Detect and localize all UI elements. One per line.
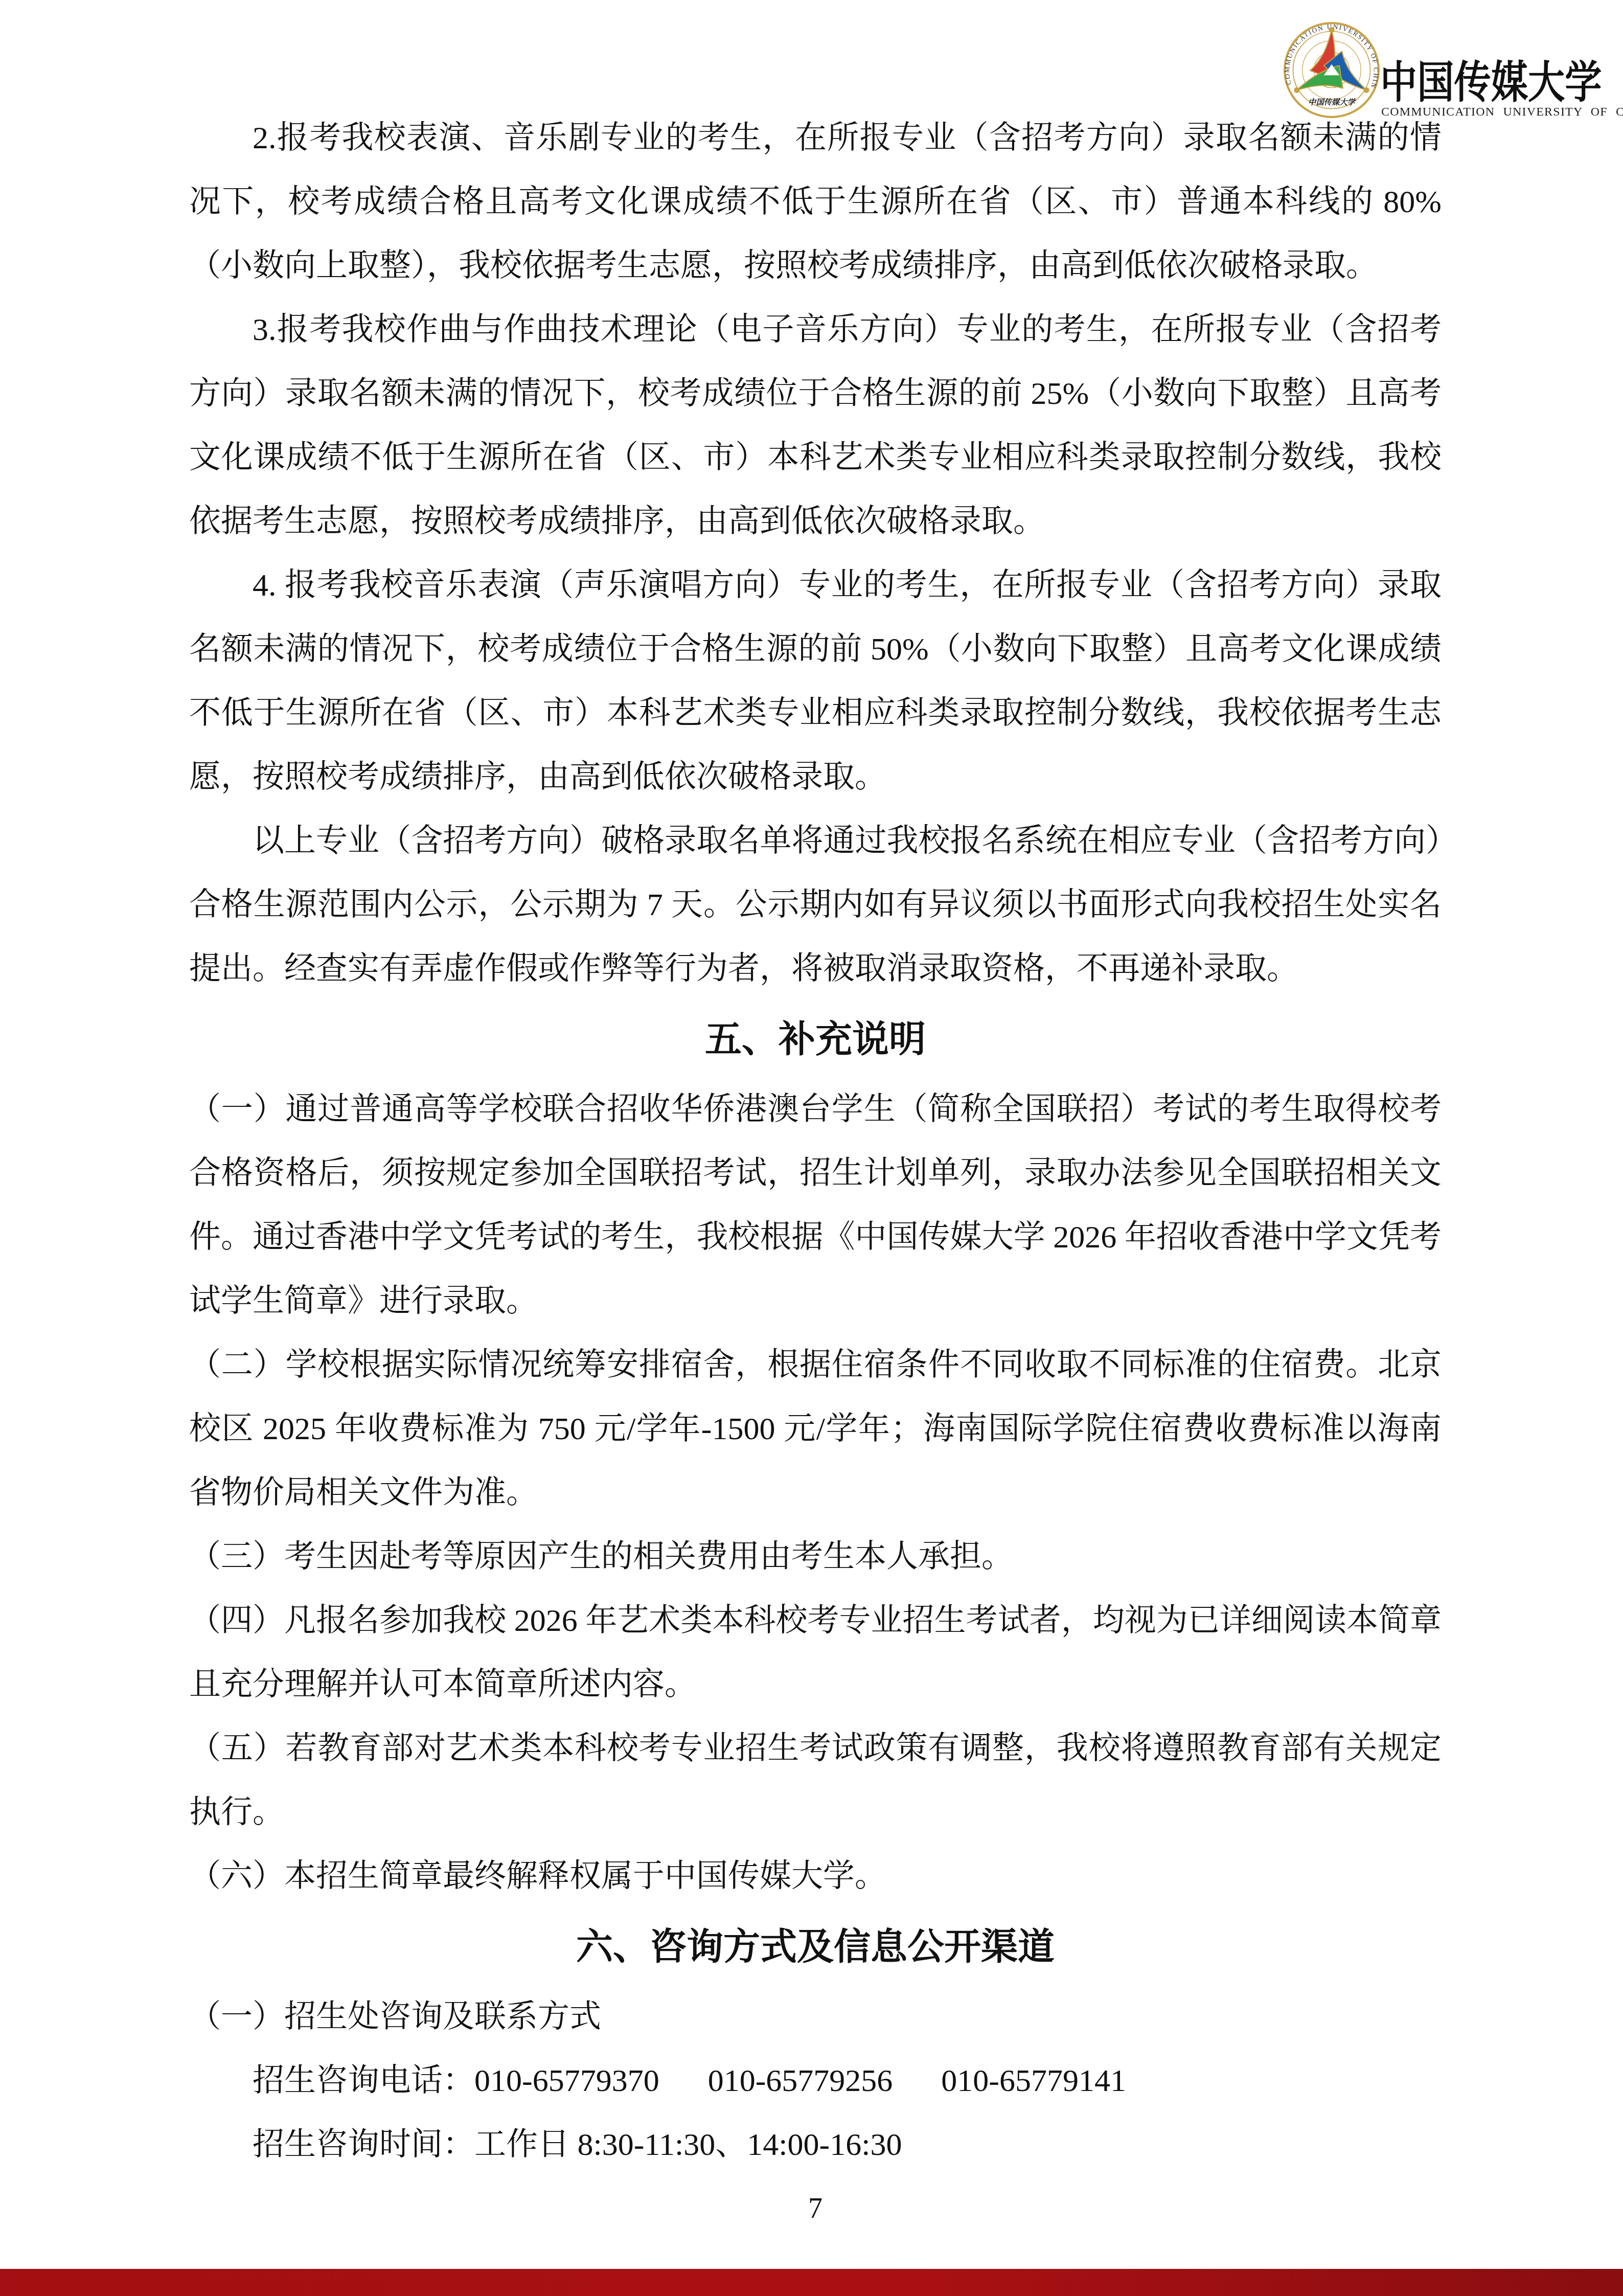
time-value: 工作日 8:30-11:30、14:00-16:30 (474, 2127, 902, 2162)
phone-number-3: 010-65779141 (941, 2063, 1126, 2098)
publicity-paragraph: 以上专业（含招考方向）破格录取名单将通过我校报名系统在相应专业（含招考方向）合格… (189, 809, 1442, 1001)
time-label: 招生咨询时间： (253, 2127, 474, 2162)
section-6-title: 六、咨询方式及信息公开渠道 (189, 1908, 1442, 1985)
university-emblem-icon: COMMUNICATION UNIVERSITY OF CHINA 中国传媒大学 (1282, 20, 1381, 120)
section5-item-4: （四）凡报名参加我校 2026 年艺术类本科校考专业招生考试者，均视为已详细阅读… (189, 1589, 1442, 1717)
university-name-cn: 中国传媒大学 (1380, 47, 1602, 110)
section5-item-1: （一）通过普通高等学校联合招收华侨港澳台学生（简称全国联招）考试的考生取得校考合… (189, 1078, 1442, 1333)
rule-paragraph-3: 3.报考我校作曲与作曲技术理论（电子音乐方向）专业的考生，在所报专业（含招考方向… (189, 298, 1442, 554)
contact-heading: （一）招生处咨询及联系方式 (189, 1985, 1442, 2049)
rule-paragraph-4: 4. 报考我校音乐表演（声乐演唱方向）专业的考生，在所报专业（含招考方向）录取名… (189, 554, 1442, 809)
document-page: COMMUNICATION UNIVERSITY OF CHINA 中国传媒大学… (0, 0, 1623, 2296)
time-line: 招生咨询时间：工作日 8:30-11:30、14:00-16:30 (189, 2113, 1442, 2177)
document-body: 2.报考我校表演、音乐剧专业的考生，在所报专业（含招考方向）录取名额未满的情况下… (189, 106, 1442, 2241)
page-number: 7 (189, 2177, 1442, 2241)
section5-item-5: （五）若教育部对艺术类本科校考专业招生考试政策有调整，我校将遵照教育部有关规定执… (189, 1717, 1442, 1845)
section-5-title: 五、补充说明 (189, 1001, 1442, 1078)
footer-red-bar (0, 2269, 1623, 2296)
section5-item-2: （二）学校根据实际情况统筹安排宿舍，根据住宿条件不同收取不同标准的住宿费。北京校… (189, 1333, 1442, 1525)
section5-item-3: （三）考生因赴考等原因产生的相关费用由考生本人承担。 (189, 1525, 1442, 1589)
phone-number-2: 010-65779256 (708, 2063, 893, 2098)
rule-paragraph-2: 2.报考我校表演、音乐剧专业的考生，在所报专业（含招考方向）录取名额未满的情况下… (189, 106, 1442, 298)
phone-line: 招生咨询电话：010-65779370010-65779256010-65779… (189, 2049, 1442, 2113)
phone-number-1: 010-65779370 (474, 2063, 659, 2098)
section5-item-6: （六）本招生简章最终解释权属于中国传媒大学。 (189, 1845, 1442, 1908)
phone-label: 招生咨询电话： (253, 2063, 474, 2098)
emblem-inner-text: 中国传媒大学 (1308, 98, 1356, 107)
